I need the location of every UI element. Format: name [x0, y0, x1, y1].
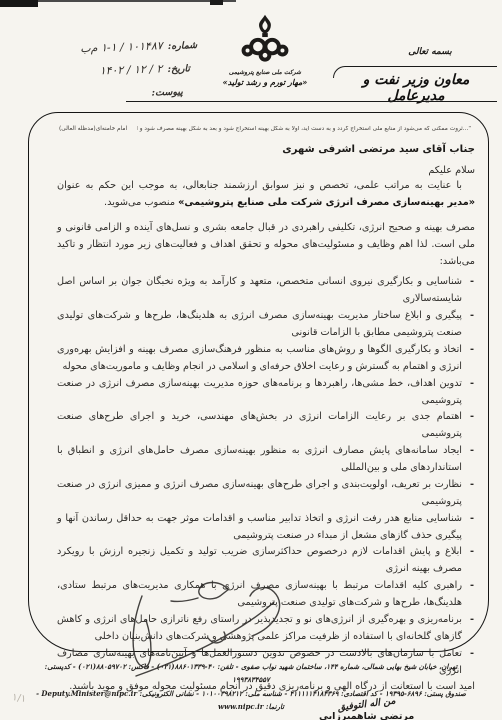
- duty-text: اتخاذ و بکارگیری الگوها و روش‌های مناسب …: [57, 344, 462, 372]
- bullet-dash-icon: [470, 511, 474, 528]
- year-slogan: «مهار تورم و رشد تولید»: [220, 77, 310, 87]
- salutation: سلام علیکم: [57, 165, 475, 176]
- duty-text: برنامه‌ریزی و بهره‌گیری از انرژی‌های نو …: [57, 614, 462, 642]
- bullet-dash-icon: [470, 308, 474, 325]
- duty-item: ایجاد سامانه‌های پایش مصارف انرژی به منظ…: [57, 443, 475, 477]
- quote-attribution: امام خامنه‌ای(مدظله العالی): [59, 126, 127, 132]
- duties-list: شناسایی و بکارگیری نیروی انسانی متخصص، م…: [57, 274, 475, 679]
- intro-text-after: منصوب می‌شوید.: [104, 197, 178, 208]
- letter-date-row: تاریخ: ۲ / ۱۲ / ۱۴۰۲: [26, 56, 199, 81]
- company-name: شرکت ملی صنایع پتروشیمی: [220, 69, 310, 76]
- bullet-dash-icon: [470, 274, 474, 291]
- letter-number-row: شماره: ۱۰۱۴۸۷ / ۱-۱ م‌ب: [25, 33, 198, 58]
- duty-item: اهتمام جدی بر رعایت الزامات انرژی در بخش…: [57, 409, 475, 443]
- date-value: ۲ / ۱۲ / ۱۴۰۲: [99, 62, 162, 77]
- scanned-letter-page: { "document": { "bismillah": "بسمه تعالی…: [0, 0, 502, 720]
- duty-text: پیگیری و ابلاغ ساختار مدیریت بهینه‌سازی …: [57, 310, 462, 338]
- duty-text: راهبری کلیه اقدامات مرتبط با بهینه‌سازی …: [57, 580, 462, 608]
- letter-body-frame: "...ثروت ممکنی که می‌شود از منابع ملی اس…: [28, 112, 489, 652]
- duty-item: شناسایی و بکارگیری نیروی انسانی متخصص، م…: [57, 274, 475, 308]
- nioc-flame-emblem-icon: [241, 14, 289, 68]
- duty-text: ابلاغ و پایش اقدامات لازم درخصوص حداکثرس…: [57, 546, 462, 574]
- bullet-dash-icon: [470, 376, 474, 393]
- letter-meta: شماره: ۱۰۱۴۸۷ / ۱-۱ م‌ب تاریخ: ۲ / ۱۲ / …: [25, 33, 199, 108]
- mandate-paragraph: مصرف بهینه و صحیح انرژی، تکلیفی راهبردی …: [57, 220, 475, 271]
- duty-text: شناسایی و بکارگیری نیروی انسانی متخصص، م…: [57, 276, 462, 304]
- duty-item: پیگیری و ابلاغ ساختار مدیریت بهینه‌سازی …: [57, 308, 475, 342]
- duty-text: نظارت بر تعریف، اولویت‌بندی و اجرای طرح‌…: [57, 479, 462, 507]
- number-label: شماره:: [168, 40, 198, 52]
- duty-item: نظارت بر تعریف، اولویت‌بندی و اجرای طرح‌…: [57, 477, 475, 511]
- quote-text: "...ثروت ممکنی که می‌شود از منابع ملی اس…: [137, 126, 471, 132]
- date-label: تاریخ:: [167, 63, 190, 75]
- bullet-dash-icon: [470, 409, 474, 426]
- scan-artifact-line: [38, 0, 236, 2]
- letter-attachment-row: پیوست:: [26, 79, 199, 104]
- bullet-dash-icon: [470, 342, 474, 359]
- bullet-dash-icon: [470, 477, 474, 494]
- duty-item: اتخاذ و بکارگیری الگوها و روش‌های مناسب …: [57, 342, 475, 376]
- attachment-label: پیوست:: [151, 87, 183, 99]
- duty-item: شناسایی منابع هدر رفت انرژی و اتخاذ تداب…: [57, 511, 475, 545]
- bullet-dash-icon: [470, 544, 474, 561]
- appointed-position-title: «مدیر بهینه‌سازی مصرف انرژی شرکت ملی صنا…: [178, 197, 475, 208]
- duty-text: ایجاد سامانه‌های پایش مصارف انرژی به منظ…: [57, 445, 462, 473]
- signature-block: من اله التوفیق مرتضی شاهمیرزایی: [319, 699, 414, 720]
- bullet-dash-icon: [470, 612, 474, 629]
- duty-item: برنامه‌ریزی و بهره‌گیری از انرژی‌های نو …: [57, 612, 475, 646]
- duty-item: راهبری کلیه اقدامات مرتبط با بهینه‌سازی …: [57, 578, 475, 612]
- appointment-paragraph: با عنایت به مراتب علمی، تخصص و نیز سوابق…: [57, 178, 475, 212]
- duty-item: ابلاغ و پایش اقدامات لازم درخصوص حداکثرس…: [57, 544, 475, 578]
- intro-text-before: با عنایت به مراتب علمی، تخصص و نیز سوابق…: [57, 180, 462, 191]
- duty-item: تدوین اهداف، خط مشی‌ها، راهبردها و برنام…: [57, 376, 475, 410]
- page-number-marker: ۱/۱: [11, 692, 27, 705]
- scan-artifact-bar: [0, 0, 38, 7]
- addressee-name: جناب آقای سید مرتضی اشرفی شهری: [57, 144, 475, 155]
- footer-address-line: تهران، خیابان شیخ بهایی شمالی، شماره ۱۴۴…: [30, 660, 472, 687]
- bismillah-text: بسمه تعالی: [378, 47, 482, 57]
- leader-quote: "...ثروت ممکنی که می‌شود از منابع ملی اس…: [59, 126, 471, 132]
- bullet-dash-icon: [470, 578, 474, 595]
- duty-text: تدوین اهداف، خط مشی‌ها، راهبردها و برنام…: [57, 378, 462, 406]
- bullet-dash-icon: [470, 443, 474, 460]
- number-value: ۱۰۱۴۸۷ / ۱-۱ م‌ب: [80, 39, 163, 55]
- header-title: معاون وزیر نفت و مدیرعامل: [336, 72, 496, 104]
- duty-text: شناسایی منابع هدر رفت انرژی و اتخاذ تداب…: [57, 513, 462, 541]
- scan-artifact-mark: [210, 0, 223, 5]
- company-logo-block: شرکت ملی صنایع پتروشیمی «مهار تورم و رشد…: [220, 14, 310, 87]
- duty-text: اهتمام جدی بر رعایت الزامات انرژی در بخش…: [57, 411, 462, 439]
